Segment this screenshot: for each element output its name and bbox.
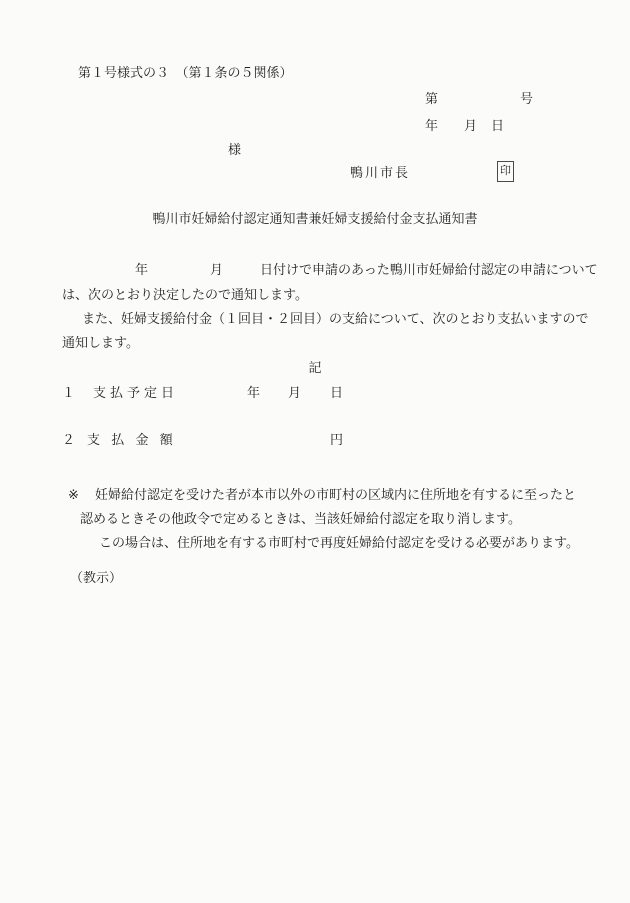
note-line3: この場合は、住所地を有する市町村で再度妊婦給付認定を受ける必要があります。	[99, 534, 579, 552]
paragraph1-line2: は、次のとおり決定したので通知します。	[62, 286, 308, 304]
paragraph2-line2: 通知します。	[62, 334, 139, 352]
issue-date-year: 年	[425, 117, 438, 135]
doc-number-suffix: 号	[520, 90, 533, 108]
notice-document-page: 第１号様式の３ （第１条の５関係） 第 号 年 月 日 様 鴨川市長 印 鴨川市…	[0, 0, 630, 903]
doc-number-prefix: 第	[425, 90, 438, 108]
seal-character: 印	[500, 165, 511, 177]
addressee-honorific: 様	[228, 141, 241, 159]
item1-day-unit: 日	[330, 384, 343, 402]
item1-number: １	[62, 384, 75, 402]
note-line2: 認めるときその他政令で定めるときは、当該妊婦給付認定を取り消します。	[80, 510, 521, 528]
document-title: 鴨川市妊婦給付認定通知書兼妊婦支援給付金支払通知書	[0, 210, 630, 228]
form-number: 第１号様式の３ （第１条の５関係）	[78, 64, 293, 82]
item1-month-unit: 月	[288, 384, 301, 402]
item1-label: 支払予定日	[93, 384, 178, 402]
application-date-year: 年	[135, 261, 148, 279]
paragraph1-line1: 日付けで申請のあった鴨川市妊婦給付認定の申請について	[260, 261, 598, 279]
note-line1: 妊婦給付認定を受けた者が本市以外の市町村の区域内に住所地を有するに至ったと	[95, 486, 576, 504]
paragraph2-line1: また、妊婦支援給付金（１回目・２回目）の支給について、次のとおり支払いますので	[82, 310, 588, 328]
issue-date-month: 月	[464, 117, 477, 135]
item2-label: 支 払 金 額	[87, 431, 177, 449]
footer-note-kyoji: （教示）	[70, 569, 122, 587]
list-header-ki: 記	[0, 359, 630, 377]
item1-year-unit: 年	[247, 384, 260, 402]
application-date-month: 月	[210, 261, 223, 279]
issue-date-day: 日	[491, 117, 504, 135]
sender-name: 鴨川市長	[350, 164, 410, 182]
item2-yen-unit: 円	[330, 431, 343, 449]
note-marker: ※	[68, 486, 79, 504]
seal-placeholder-box: 印	[497, 161, 514, 182]
item2-number: ２	[62, 431, 75, 449]
